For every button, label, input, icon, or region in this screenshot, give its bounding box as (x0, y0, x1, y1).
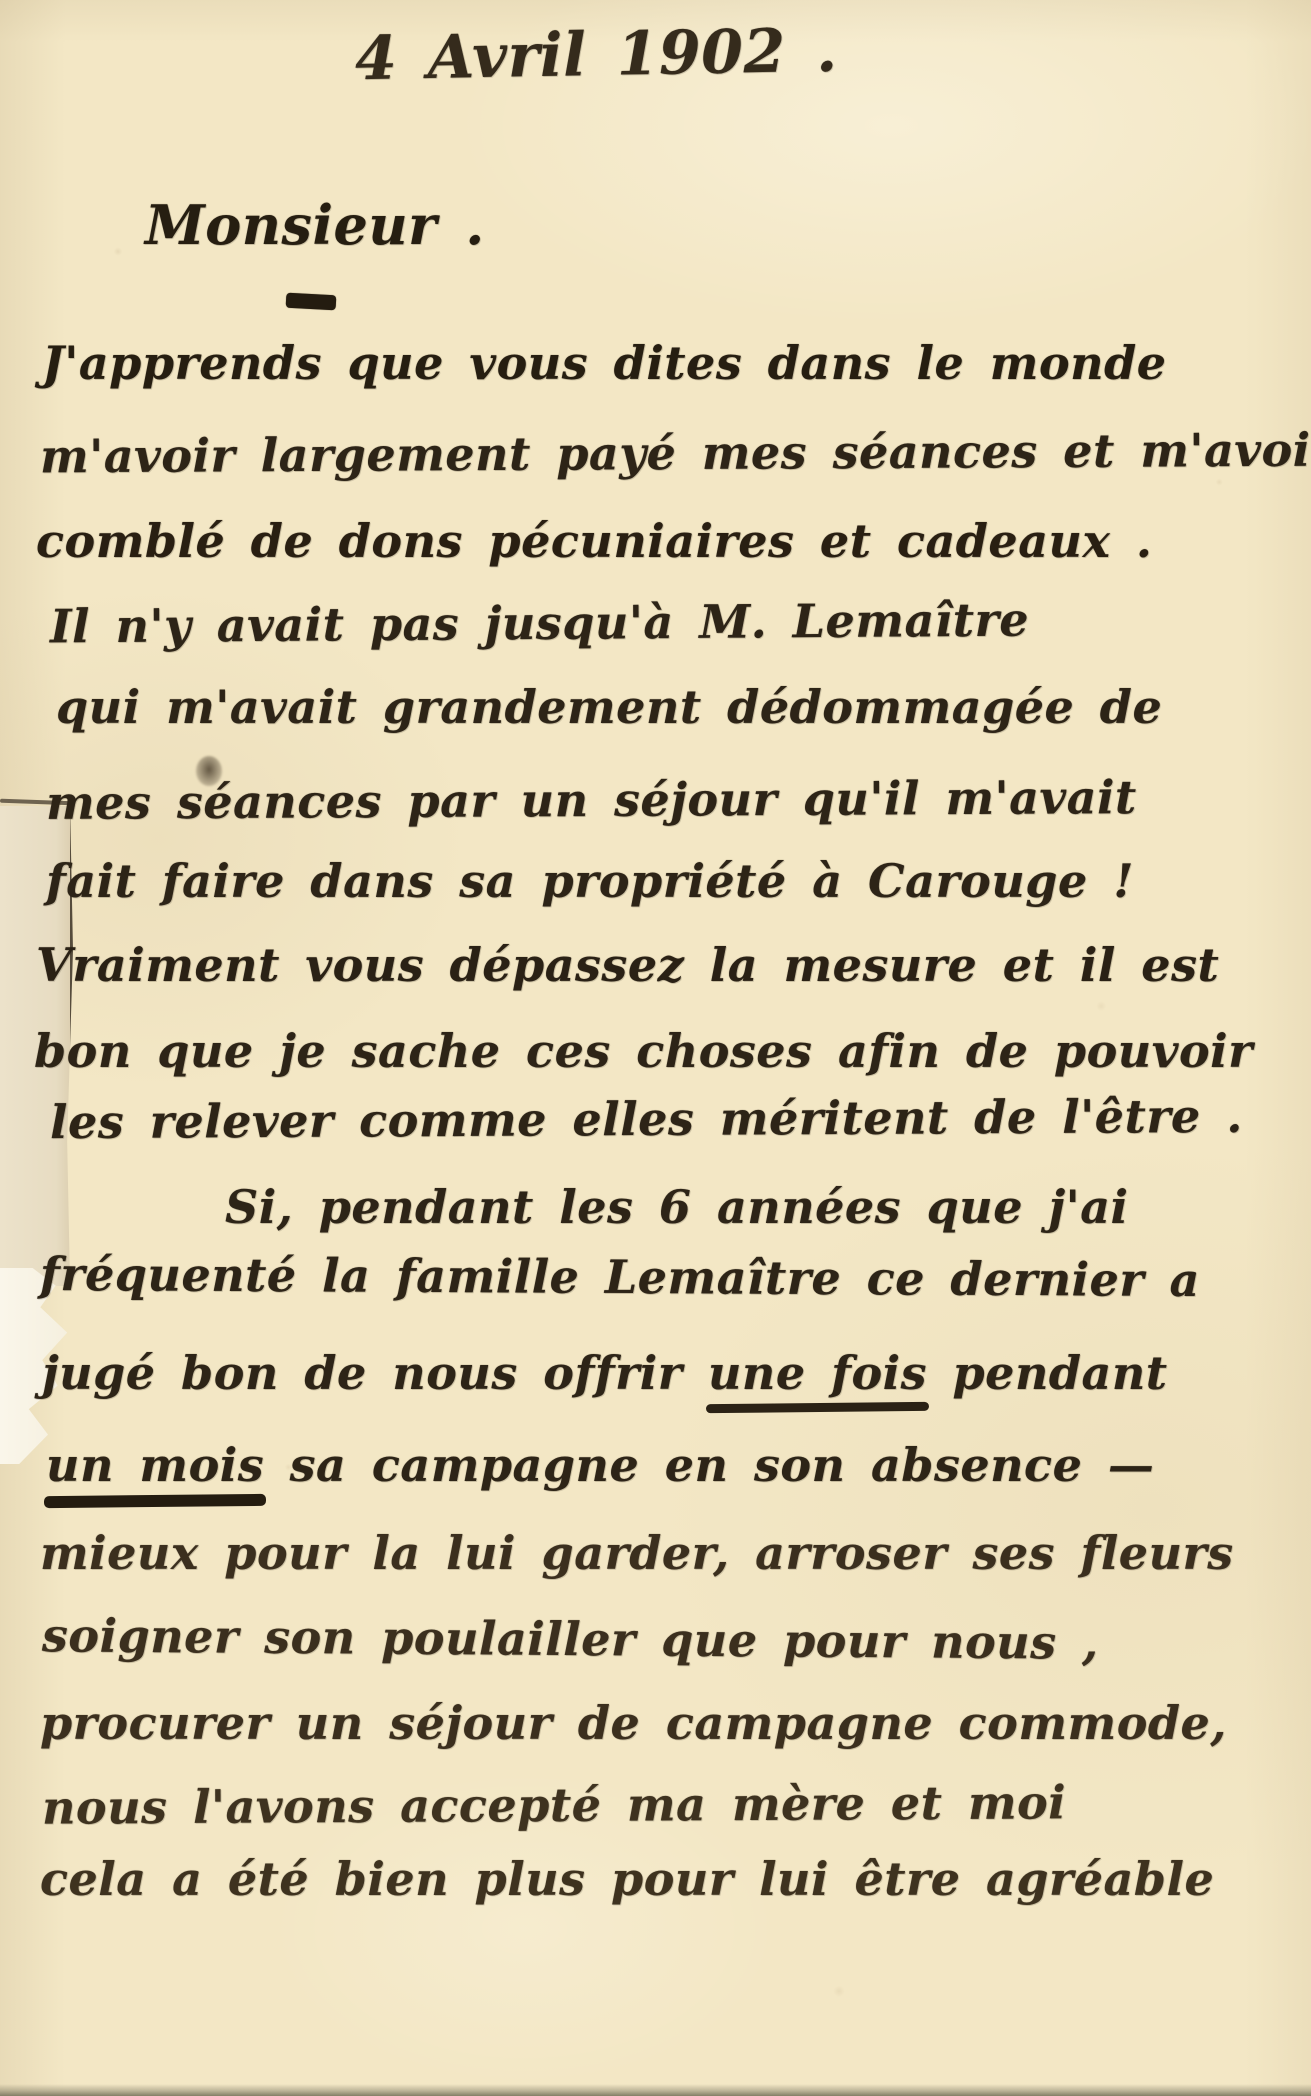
letter-line: J'apprends que vous dites dans le monde (42, 338, 1167, 389)
letter-line: cela a été bien plus pour lui être agréa… (40, 1854, 1214, 1905)
underlined-phrase: un mois (46, 1438, 264, 1492)
pen-flourish (286, 293, 337, 311)
line-text: pendant (927, 1346, 1168, 1400)
letter-line: fait faire dans sa propriété à Carouge ! (46, 856, 1134, 907)
letter-line: qui m'avait grandement dédommagée de (56, 682, 1162, 733)
letter-line: procurer un séjour de campagne commode, (40, 1698, 1227, 1749)
letter-line: soigner son poulailler que pour nous , (42, 1610, 1099, 1668)
letter-line: nous l'avons accepté ma mère et moi (42, 1777, 1066, 1833)
letter-line: bon que je sache ces choses afin de pouv… (34, 1026, 1253, 1077)
letter-line: mes séances par un séjour qu'il m'avait (46, 772, 1137, 828)
letter-line: fréquenté la famille Lemaître ce dernier… (40, 1249, 1200, 1306)
letter-line: un mois sa campagne en son absence — (46, 1440, 1154, 1491)
line-text: sa campagne en son absence — (264, 1438, 1154, 1492)
letter-line: Vraiment vous dépassez la mesure et il e… (36, 940, 1219, 991)
letter-line: mieux pour la lui garder, arroser ses fl… (40, 1528, 1234, 1579)
letter-line: les relever comme elles méritent de l'êt… (50, 1091, 1243, 1148)
line-text: jugé bon de nous offrir (42, 1346, 708, 1400)
underlined-phrase: une fois (708, 1346, 927, 1400)
letter-line: m'avoir largement payé mes séances et m'… (40, 425, 1311, 482)
letter-line: comblé de dons pécuniaires et cadeaux . (36, 516, 1152, 567)
letter-line: jugé bon de nous offrir une fois pendant (42, 1348, 1168, 1399)
letter-salutation: Monsieur . (145, 196, 485, 255)
scan-bottom-edge (0, 2084, 1311, 2096)
letter-date: 4 Avril 1902 . (354, 18, 838, 92)
letter-line: Il n'y avait pas jusqu'à M. Lemaître (50, 595, 1029, 652)
letter-page: 4 Avril 1902 . Monsieur . J'apprends que… (0, 0, 1311, 2096)
letter-line: Si, pendant les 6 années que j'ai (225, 1182, 1129, 1233)
